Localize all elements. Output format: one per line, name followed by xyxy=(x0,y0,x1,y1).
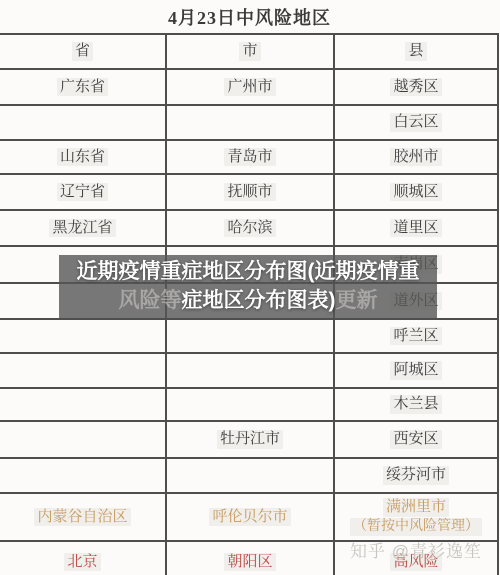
cell-city: 牡丹江市 xyxy=(165,422,333,457)
cell-text: 山东省 xyxy=(57,148,108,167)
banner-overlay: 近期疫情重症地区分布图(近期疫情重 风险等症地区分布图表)更新 xyxy=(59,255,437,318)
cell-text: 满洲里市 xyxy=(383,498,449,517)
table-row: 辽宁省 抚顺市 顺城区 xyxy=(0,173,499,209)
cell-text: 北京 xyxy=(64,553,100,572)
table-title: 4月23日中风险地区 xyxy=(0,0,499,33)
table-row: 广东省 广州市 越秀区 xyxy=(0,68,499,104)
header-text: 县 xyxy=(405,42,426,61)
cell-city xyxy=(165,354,333,387)
cell-text: 辽宁省 xyxy=(57,183,108,202)
cell-province: 内蒙谷自治区 xyxy=(0,494,165,540)
cell-county: 绥芬河市 xyxy=(333,459,499,492)
cell-text: 阿城区 xyxy=(390,361,441,380)
header-province: 省 xyxy=(0,35,165,68)
cell-text: 顺城区 xyxy=(390,183,441,202)
cell-county: 白云区 xyxy=(333,106,499,139)
cell-text: 朝阳区 xyxy=(224,553,275,572)
cell-city: 青岛市 xyxy=(165,141,333,173)
cell-text-note: （暂按中风险管理） xyxy=(350,518,482,536)
table-row-inner-mongolia: 内蒙谷自治区 呼伦贝尔市 满洲里市 （暂按中风险管理） xyxy=(0,492,499,540)
cell-province: 北京 xyxy=(0,542,165,575)
cell-text: 木兰县 xyxy=(390,395,441,414)
cell-county: 越秀区 xyxy=(333,70,499,104)
cell-county: 木兰县 xyxy=(333,389,499,420)
cell-text: 抚顺市 xyxy=(224,183,275,202)
cell-county: 满洲里市 （暂按中风险管理） xyxy=(333,494,499,540)
table-header-row: 省 市 县 xyxy=(0,33,499,68)
cell-text: 白云区 xyxy=(390,113,441,132)
table-row: 木兰县 xyxy=(0,387,499,420)
cell-text: 黑龙江省 xyxy=(49,219,115,238)
table-row: 呼兰区 xyxy=(0,318,499,352)
cell-city: 抚顺市 xyxy=(165,175,333,209)
cell-text: 西安区 xyxy=(390,430,441,449)
cell-province: 黑龙江省 xyxy=(0,211,165,245)
banner-line2-main: 症地区分布图表) xyxy=(182,289,336,312)
cell-province xyxy=(0,422,165,457)
cell-province xyxy=(0,354,165,387)
cell-province: 辽宁省 xyxy=(0,175,165,209)
cell-city xyxy=(165,320,333,352)
header-text: 市 xyxy=(239,42,260,61)
cell-county: 顺城区 xyxy=(333,175,499,209)
cell-province: 广东省 xyxy=(0,70,165,104)
cell-text: 内蒙谷自治区 xyxy=(34,508,130,527)
banner-faded-right: 更新 xyxy=(336,289,378,312)
table-row: 绥芬河市 xyxy=(0,457,499,492)
cell-text: 青岛市 xyxy=(224,148,275,167)
cell-province xyxy=(0,459,165,492)
cell-county: 阿城区 xyxy=(333,354,499,387)
cell-province xyxy=(0,320,165,352)
cell-city xyxy=(165,459,333,492)
cell-text: 广东省 xyxy=(57,78,108,97)
cell-city: 广州市 xyxy=(165,70,333,104)
cell-province xyxy=(0,389,165,420)
cell-county: 呼兰区 xyxy=(333,320,499,352)
cell-text: 呼兰区 xyxy=(390,327,441,346)
cell-county: 胶州市 xyxy=(333,141,499,173)
cell-text: 越秀区 xyxy=(390,78,441,97)
cell-county: 道里区 xyxy=(333,211,499,245)
cell-city: 呼伦贝尔市 xyxy=(165,494,333,540)
table-row: 山东省 青岛市 胶州市 xyxy=(0,139,499,173)
cell-text: 绥芬河市 xyxy=(383,466,449,485)
cell-text: 呼伦贝尔市 xyxy=(209,508,290,527)
table-row: 黑龙江省 哈尔滨 道里区 xyxy=(0,209,499,245)
table-row: 阿城区 xyxy=(0,352,499,387)
watermark: 知乎 @青衫逸笙 xyxy=(350,537,482,562)
table-row: 牡丹江市 西安区 xyxy=(0,420,499,457)
header-county: 县 xyxy=(333,35,499,68)
cell-text: 广州市 xyxy=(224,78,275,97)
cell-city: 哈尔滨 xyxy=(165,211,333,245)
banner-line1: 近期疫情重症地区分布图(近期疫情重 xyxy=(77,258,420,287)
header-city: 市 xyxy=(165,35,333,68)
header-text: 省 xyxy=(72,42,93,61)
table-row: 白云区 xyxy=(0,104,499,139)
cell-text: 哈尔滨 xyxy=(224,219,275,238)
banner-line2: 风险等症地区分布图表)更新 xyxy=(119,287,378,316)
cell-text: 道里区 xyxy=(390,219,441,238)
cell-text: 胶州市 xyxy=(390,148,441,167)
cell-city xyxy=(165,106,333,139)
cell-city: 朝阳区 xyxy=(165,542,333,575)
cell-province: 山东省 xyxy=(0,141,165,173)
cell-text: 牡丹江市 xyxy=(217,430,283,449)
cell-county: 西安区 xyxy=(333,422,499,457)
cell-province xyxy=(0,106,165,139)
banner-faded-left: 风险等 xyxy=(119,289,182,312)
cell-city xyxy=(165,389,333,420)
